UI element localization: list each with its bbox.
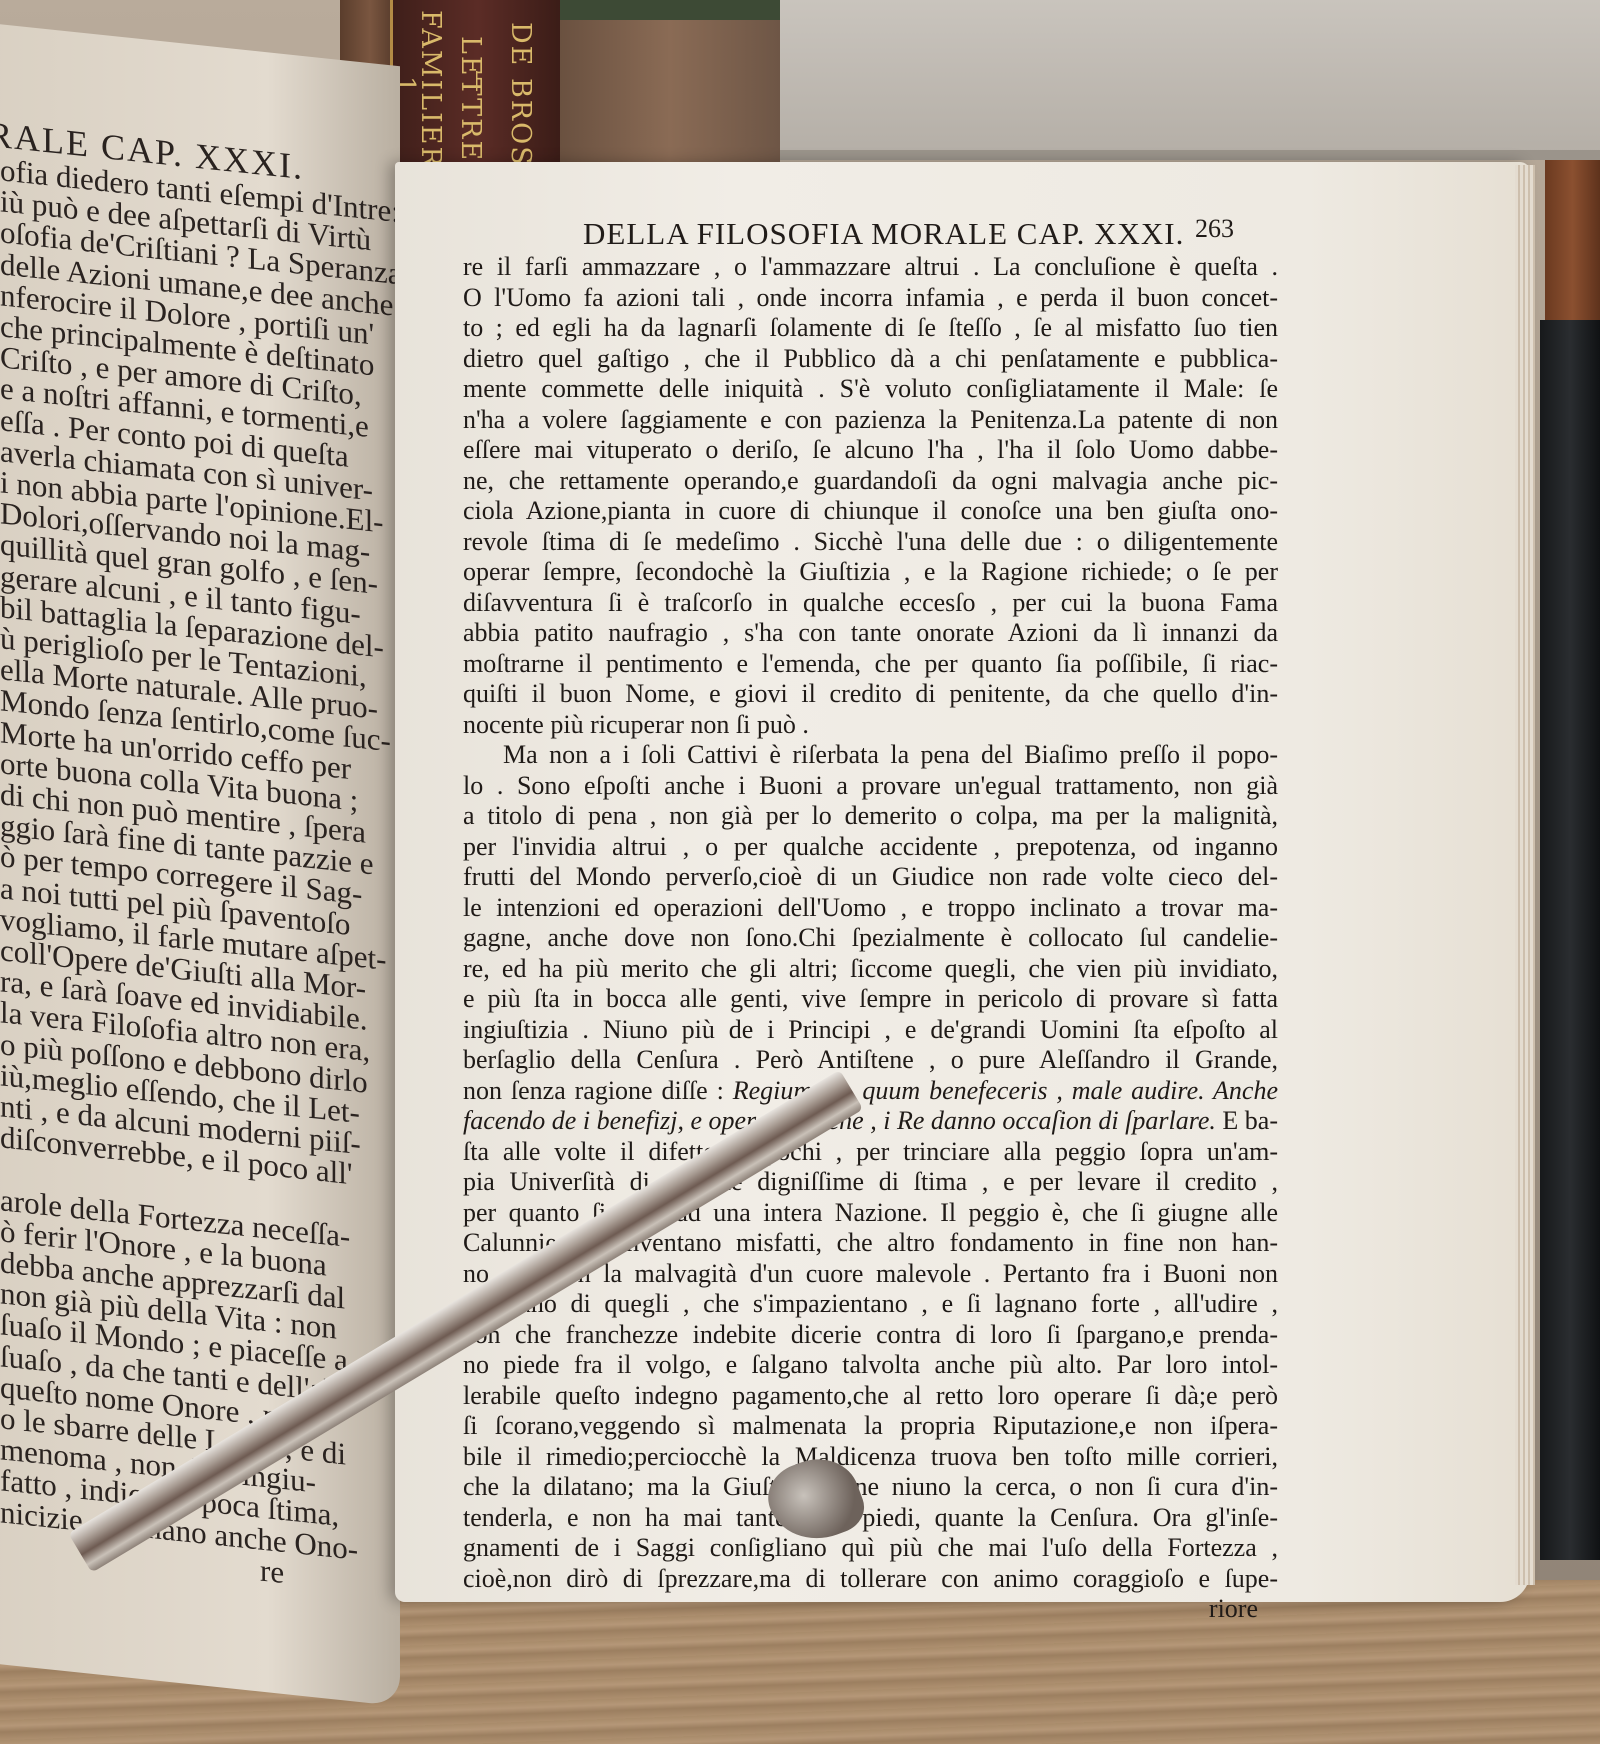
text-line: re il farſi ammazzare , o l'ammazzare al…	[463, 252, 1278, 283]
text-line: gnamenti de i Saggi conſigliano quì più …	[463, 1533, 1278, 1564]
text-line: pia Univerſità di perſone digniſſime di …	[463, 1167, 1278, 1198]
right-shelf-book-brown	[1545, 160, 1600, 320]
text-line: diſavventura ſi è traſcorſo in qualche e…	[463, 588, 1278, 619]
text-line: per l'invidia altrui , o per qualche acc…	[463, 832, 1278, 863]
text-line: no piede fra il volgo, e ſalgano talvolt…	[463, 1350, 1278, 1381]
right-shelf-book-black	[1540, 320, 1600, 1560]
catchword: riore	[463, 1594, 1278, 1625]
text-line: dietro quel gaſtigo , che il Pubblico dà…	[463, 344, 1278, 375]
text-line: quiſti il buon Nome, e giovi il credito …	[463, 679, 1278, 710]
text-line: Ma non a i ſoli Cattivi è riſerbata la p…	[463, 740, 1278, 771]
text-line: ſi ſcorano,veggendo sì malmenata la prop…	[463, 1411, 1278, 1442]
text-line: mancano di quegli , che s'impazientano ,…	[463, 1289, 1278, 1320]
text-line: to ; ed egli ha da lagnarſi ſolamente di…	[463, 313, 1278, 344]
text-line: n'ha a volere ſaggiamente e con pazienza…	[463, 405, 1278, 436]
text-line: frutti del Mondo perverſo,cioè di un Giu…	[463, 862, 1278, 893]
page-number: 263	[1195, 214, 1234, 244]
text-line: a titolo di pena , non già per lo demeri…	[463, 801, 1278, 832]
left-text-line: re	[260, 1552, 284, 1591]
spine-title-line1: LETTRES	[455, 36, 486, 183]
text-line: nocente più ricuperar non ſi può .	[463, 710, 1278, 741]
text-line: moſtrarne il pentimento e l'emenda, che …	[463, 649, 1278, 680]
text-line: eſſere mai vituperato o deriſo, ſe alcun…	[463, 435, 1278, 466]
right-running-head: DELLA FILOSOFIA MORALE CAP. XXXI.	[583, 216, 1184, 252]
text-line: ingiuſtizia . Niuno più de i Principi , …	[463, 1015, 1278, 1046]
text-line: con che franchezze indebite dicerie cont…	[463, 1320, 1278, 1351]
text-line: bile il rimedio;perciocchè la Maldicenza…	[463, 1442, 1278, 1473]
right-page-body: re il farſi ammazzare , o l'ammazzare al…	[463, 252, 1278, 1625]
page-edges	[1515, 165, 1535, 1585]
shelf-edge	[740, 150, 1600, 160]
text-line: lo . Sono eſpoſti anche i Buoni a provar…	[463, 771, 1278, 802]
text-line: O l'Uomo fa azioni tali , onde incorra i…	[463, 283, 1278, 314]
text-line: ciola Azione,pianta in cuore di chiunque…	[463, 496, 1278, 527]
text-line: ſta alle volte il difetto di pochi , per…	[463, 1137, 1278, 1168]
book-spine-de-brosses: DE BROSSES — LETTRES FAMILIERES 1	[390, 0, 566, 180]
text-line: lerabile queſto indegno pagamento,che al…	[463, 1381, 1278, 1412]
text-line: tenderla, e non ha mai tante ale,e piedi…	[463, 1503, 1278, 1534]
text-line: cioè,non dirò di ſprezzare,ma di tollera…	[463, 1564, 1278, 1595]
text-line: facendo de i benefizj, e operando bene ,…	[463, 1106, 1278, 1137]
book-spine-right	[560, 0, 780, 170]
text-line: non ſenza ragione diſſe : Regium eſt, qu…	[463, 1076, 1278, 1107]
shelf-back-panel	[740, 0, 1600, 160]
text-line: gagne, anche dove non ſono.Chi ſpezialme…	[463, 923, 1278, 954]
text-line: operar ſempre, ſecondochè la Giuſtizia ,…	[463, 557, 1278, 588]
text-line: berſaglio della Cenſura . Però Antiſtene…	[463, 1045, 1278, 1076]
green-book-top	[560, 0, 780, 20]
text-line: revole ſtima di ſe medeſimo . Sicchè l'u…	[463, 527, 1278, 558]
text-line: che la dilatano; ma la Giuſtificazione n…	[463, 1472, 1278, 1503]
text-line: re, ed ha più merito che gli altri; ſicc…	[463, 954, 1278, 985]
text-line: mente commette delle iniquità . S'è volu…	[463, 374, 1278, 405]
text-line: le intenzioni ed operazioni dell'Uomo , …	[463, 893, 1278, 924]
text-line: abbia patito naufragio , s'ha con tante …	[463, 618, 1278, 649]
text-line: e più ſta in bocca alle genti, vive ſemp…	[463, 984, 1278, 1015]
text-line: ne, che rettamente operando,e guardandoſ…	[463, 466, 1278, 497]
